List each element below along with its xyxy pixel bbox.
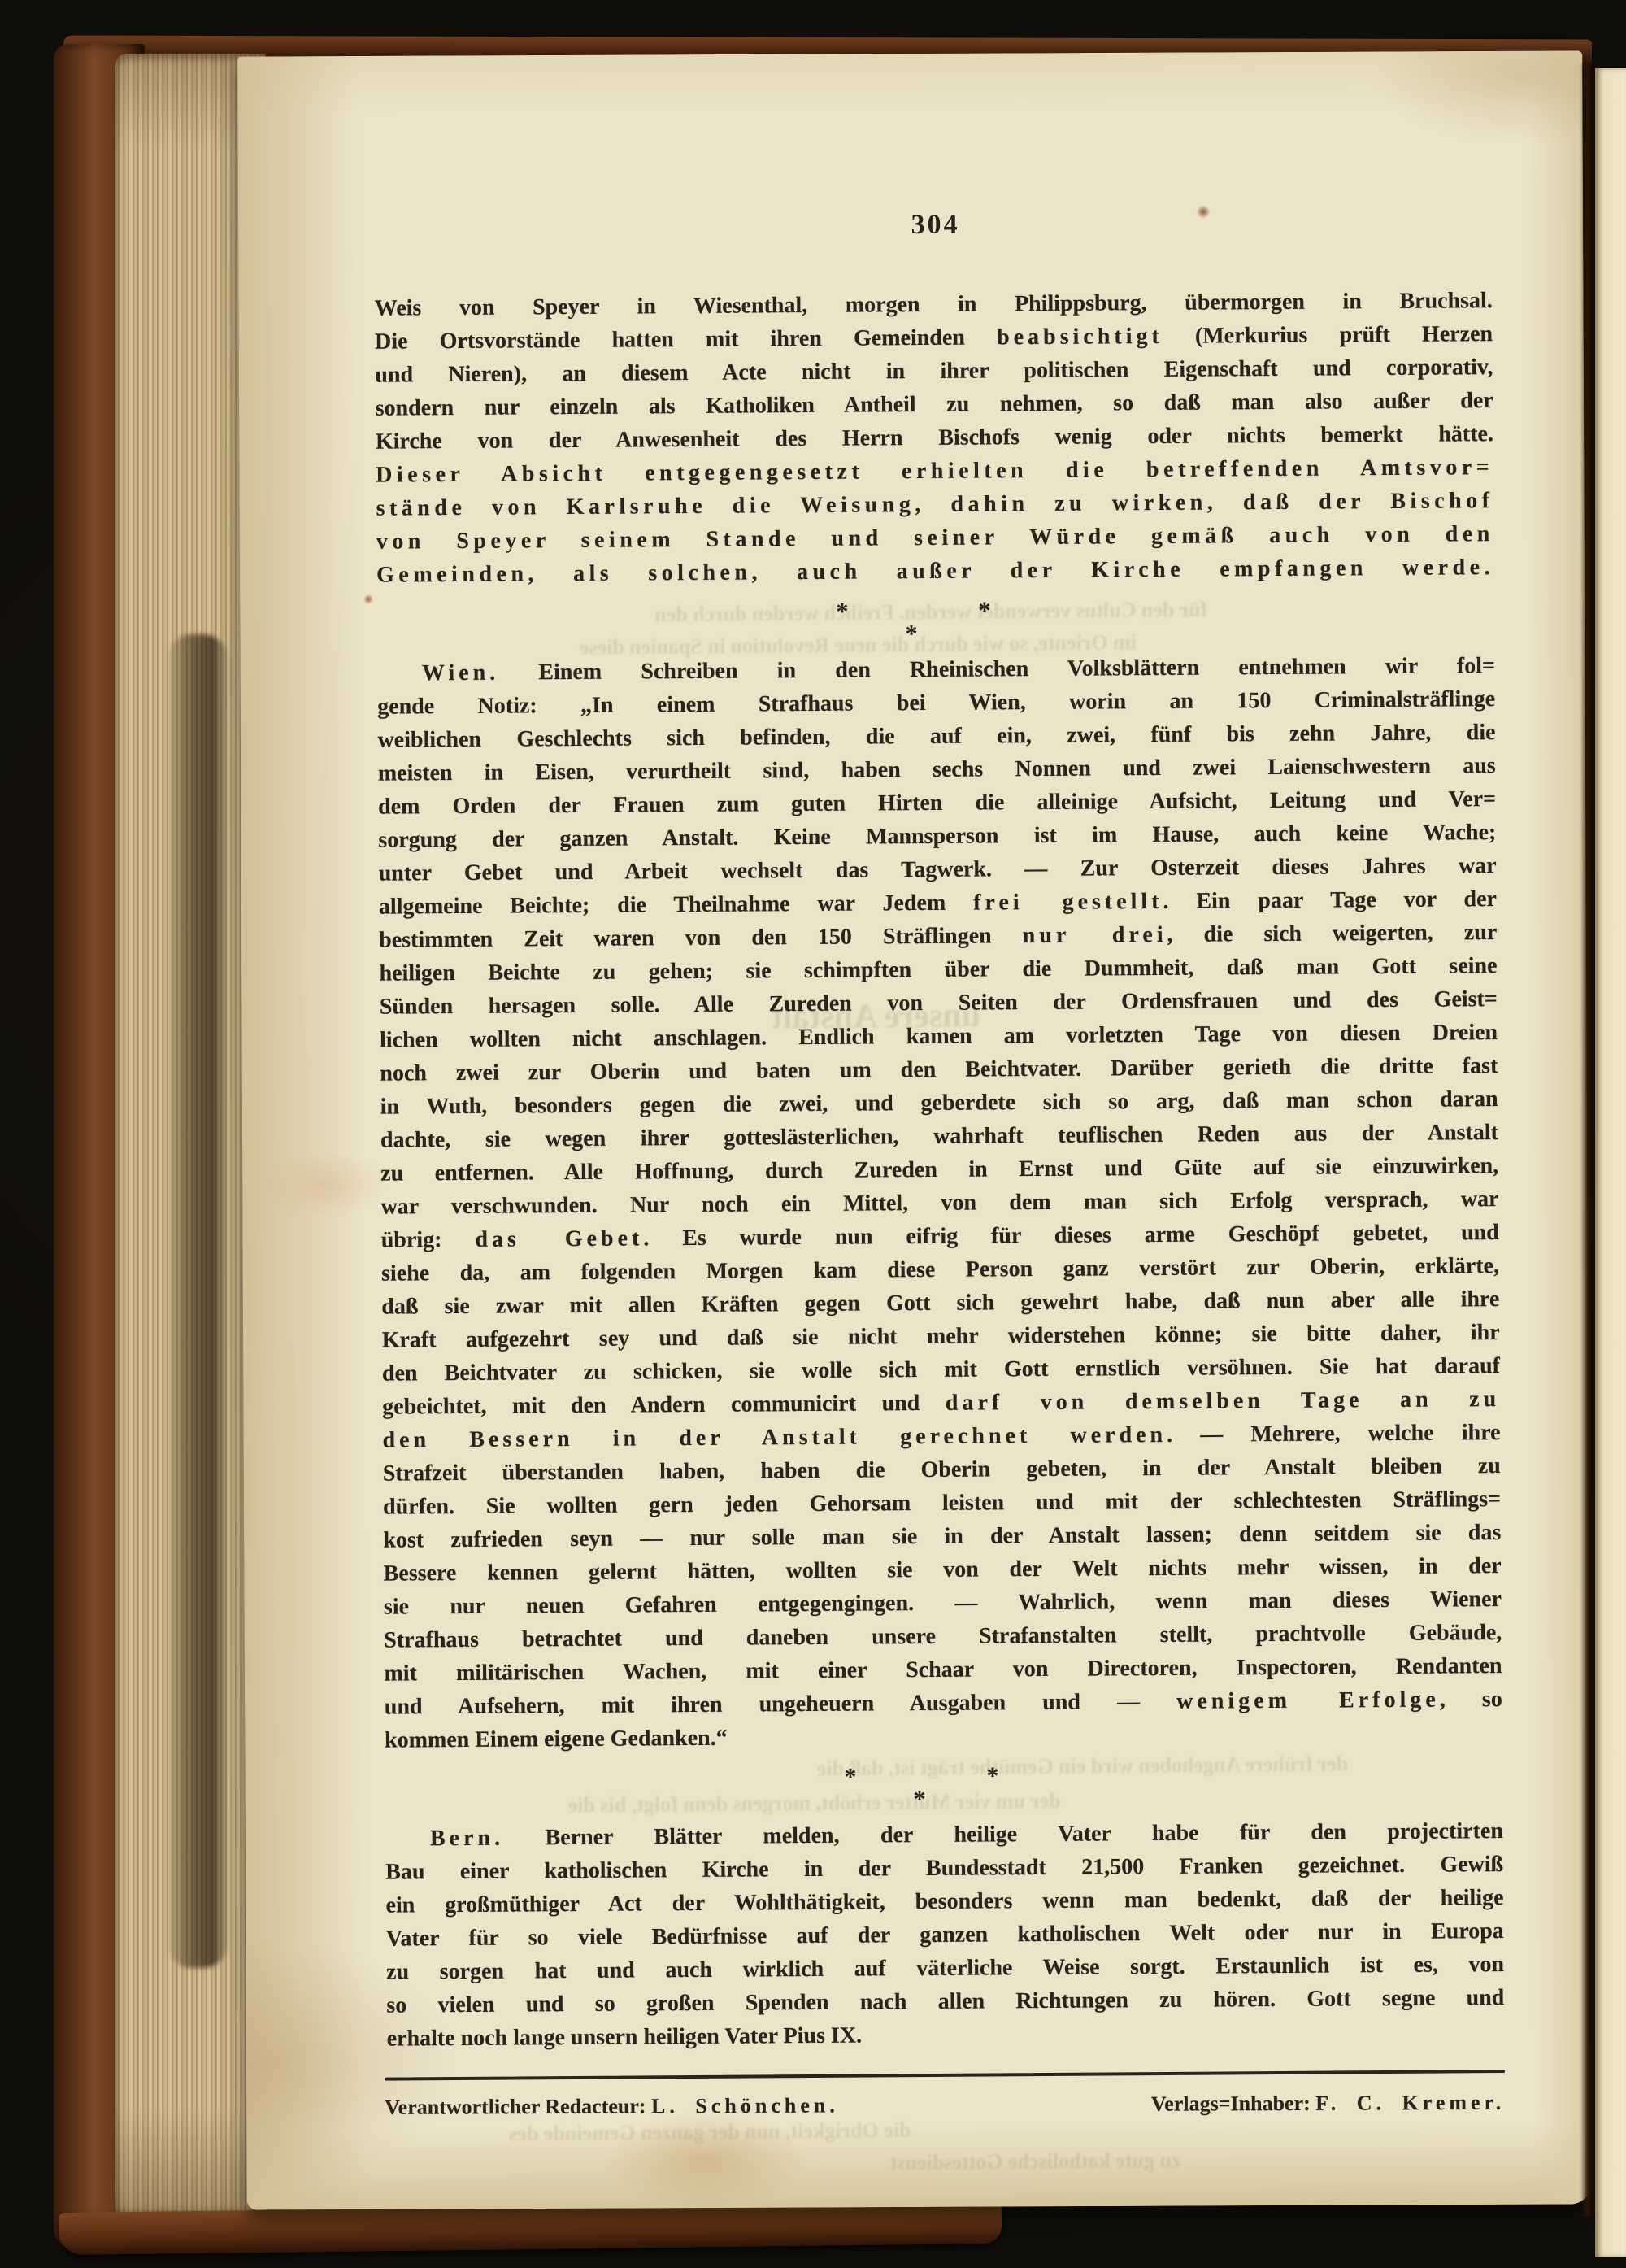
asterisk-glyph: * xyxy=(844,1761,856,1794)
text-column: Weis von Speyer in Wiesenthal, morgen in… xyxy=(375,284,1505,2056)
asterisk-glyph: * xyxy=(905,617,917,651)
footer-publisher: Verlags=Inhaber: F. C. Kremer. xyxy=(1151,2091,1505,2117)
page-number: 304 xyxy=(376,207,1494,243)
text-line: erhalte noch lange unsern heiligen Vater… xyxy=(387,2014,1505,2056)
book-page: für den Cultus verwendet werden. Freilic… xyxy=(237,50,1592,2209)
next-page-edge xyxy=(1595,68,1626,2257)
scan-backdrop: für den Cultus verwendet werden. Freilic… xyxy=(0,0,1626,2268)
show-through-line: zu gute katholische Gottesdienst xyxy=(750,2147,1319,2177)
book-spine-shadow xyxy=(167,634,228,1968)
section-divider: *** xyxy=(385,1757,1502,1822)
footer: Verantwortlicher Redacteur: L. Schönchen… xyxy=(385,2091,1505,2120)
section-divider: *** xyxy=(376,592,1494,657)
text-line: Gemeinden, als solchen, auch außer der K… xyxy=(376,551,1494,592)
asterisk-glyph: * xyxy=(836,595,848,629)
paragraph-bern: Bern. Berner Blätter melden, der heilige… xyxy=(385,1814,1505,2056)
footer-rule xyxy=(385,2070,1505,2081)
page-gutter-shadow xyxy=(1580,63,1597,2217)
asterisk-glyph: * xyxy=(978,594,990,627)
footer-editor: Verantwortlicher Redacteur: L. Schönchen… xyxy=(385,2093,839,2119)
show-through-line: die Obrigkeit, nun der ganzen Gemeinde d… xyxy=(360,2117,1059,2148)
asterisk-glyph: * xyxy=(913,1783,925,1816)
text-line: kommen Einem eigene Gedanken.“ xyxy=(385,1716,1502,1757)
paragraph-wien: Wien. Einem Schreiben in den Rheinischen… xyxy=(377,649,1502,1757)
paragraph-speyer-continuation: Weis von Speyer in Wiesenthal, morgen in… xyxy=(375,284,1495,592)
asterisk-glyph: * xyxy=(986,1759,998,1792)
